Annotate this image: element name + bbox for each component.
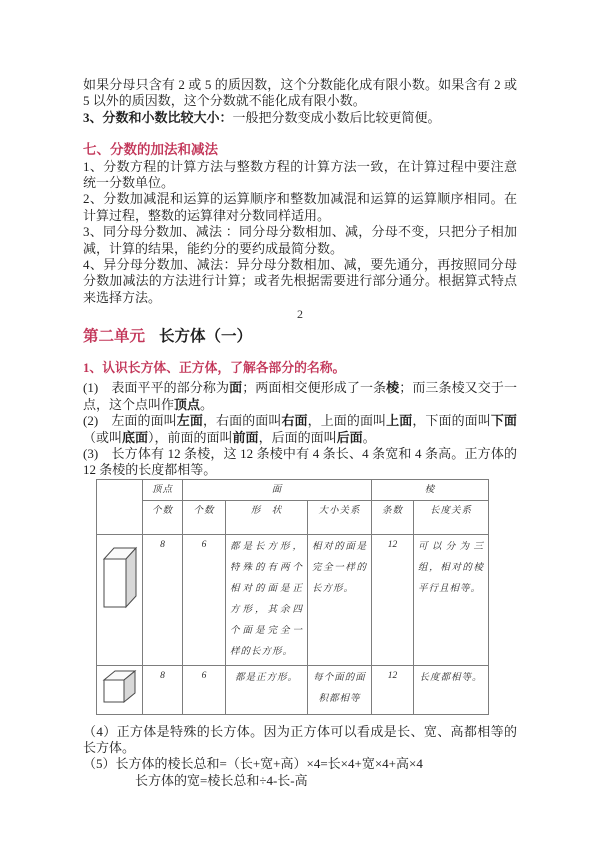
cuboid-face-count: 6 [183,535,226,666]
paragraph-2: (2) 左面的面叫左面，右面的面叫右面，上面的面叫上面，下面的面叫下面（或叫底面… [83,413,517,446]
text-segment: ，后面的面叫 [259,430,337,445]
table-row-cuboid: 8 6 都是长方形，特殊的有两个相对的面是正方形，其余四个面是完全一样的长方形。… [97,535,489,666]
header-face: 面 [183,479,372,500]
paragraph-3: (3) 长方体有 12 条棱，这 12 条棱中有 4 条长、4 条宽和 4 条高… [83,446,517,479]
term-left-face: 左面 [177,413,203,428]
cuboid-face-shape: 都是长方形，特殊的有两个相对的面是正方形，其余四个面是完全一样的长方形。 [226,535,308,666]
document-content: 如果分母只含有 2 或 5 的质因数，这个分数能化成有限小数。如果含有 2 或 … [83,77,517,789]
header-vertex: 顶点 [143,479,183,500]
section7-item-1: 1、分数方程的计算方法与整数方程的计算方法一致，在计算过程中要注意统一分数单位。 [83,159,517,192]
header-edge-length: 长度关系 [414,501,489,535]
section7-heading: 七、分数的加法和减法 [83,142,517,158]
paragraph-1: (1) 表面平平的部分称为面；两面相交便形成了一条棱；而三条棱又交于一点，这个点… [83,380,517,413]
cube-face-shape: 都是正方形。 [226,666,308,714]
cube-edge-length: 长度都相等。 [414,666,489,714]
cuboid-face-size: 相对的面是完全一样的长方形。 [308,535,372,666]
text-segment: 。 [200,397,213,412]
term-back-face: 后面 [337,430,363,445]
point3-label: 3、分数和小数比较大小： [83,110,233,125]
paragraph-5b: 长方体的宽=棱长总和÷4-长-高 [83,773,517,789]
document-page: 如果分母只含有 2 或 5 的质因数，这个分数能化成有限小数。如果含有 2 或 … [0,0,596,842]
cube-figure [97,666,143,714]
term-front-face: 前面 [233,430,259,445]
paragraph-5: （5）长方体的棱长总和=（长+宽+高）×4=长×4+宽×4+高×4 [83,756,517,772]
text-segment: ，右面的面叫 [203,413,282,428]
term-top-face: 上面 [386,413,412,428]
intro-paragraph: 如果分母只含有 2 或 5 的质因数，这个分数能化成有限小数。如果含有 2 或 … [83,77,517,110]
cuboid-vertex-count: 8 [143,535,183,666]
cube-vertex-count: 8 [143,666,183,714]
text-segment: (2) 左面的面叫 [83,413,177,428]
table-corner-cell [97,479,143,534]
cube-icon [101,668,139,705]
header-face-shape: 形 状 [226,501,308,535]
cuboid-edge-count: 12 [372,535,414,666]
text-segment: ，上面的面叫 [308,413,387,428]
section7-item-4: 4、异分母分数加、减法：异分母分数相加、减，要先通分，再按照同分母分数加减法的方… [83,257,517,306]
cube-face-size: 每个面的面积都相等 [308,666,372,714]
solids-comparison-table: 顶点 面 棱 个数 个数 形 状 大小关系 条数 长度关系 [96,479,489,715]
page-number: 2 [83,307,517,322]
section7-item-2: 2、分数加减混和运算的运算顺序和整数加减混和运算的运算顺序相同。在计算过程，整数… [83,191,517,224]
term-right-face: 右面 [281,413,307,428]
text-segment: （或叫 [83,430,122,445]
cuboid-edge-length: 可以分为三组，相对的棱平行且相等。 [414,535,489,666]
paragraph-4: （4）正方体是特殊的长方体。因为正方体可以看成是长、宽、高都相等的长方体。 [83,724,517,757]
text-segment: ，下面的面叫 [412,413,491,428]
cuboid-figure [97,535,143,666]
term-bottom-face: 下面 [491,413,517,428]
unit2-title-text: 长方体（一） [159,328,252,345]
cube-edge-count: 12 [372,666,414,714]
header-face-size: 大小关系 [308,501,372,535]
unit2-label: 第二单元 [83,328,145,345]
term-vertex: 顶点 [174,397,200,412]
table-row-cube: 8 6 都是正方形。 每个面的面积都相等 12 长度都相等。 [97,666,489,714]
term-base-face: 底面 [122,430,148,445]
header-edge: 棱 [372,479,489,500]
unit2-point1-heading: 1、认识长方体、正方体，了解各部分的名称。 [83,360,517,376]
unit2-heading: 第二单元长方体（一） [83,327,517,347]
header-vertex-count: 个数 [143,501,183,535]
header-edge-count: 条数 [372,501,414,535]
term-edge: 棱 [386,380,399,395]
cuboid-icon [101,543,139,615]
text-segment: (1) 表面平平的部分称为 [83,380,229,395]
text-segment: ），前面的面叫 [148,430,233,445]
text-segment: ；两面相交便形成了一条 [242,380,386,395]
section7-item-3: 3、同分母分数加、减法 ：同分母分数相加、减，分母不变，只把分子相加减，计算的结… [83,224,517,257]
intro-point3: 3、分数和小数比较大小：一般把分数变成小数后比较更简便。 [83,110,517,126]
text-segment: 。 [363,430,376,445]
header-face-count: 个数 [183,501,226,535]
point3-text: 一般把分数变成小数后比较更简便。 [233,110,441,125]
term-face: 面 [229,380,242,395]
cube-face-count: 6 [183,666,226,714]
